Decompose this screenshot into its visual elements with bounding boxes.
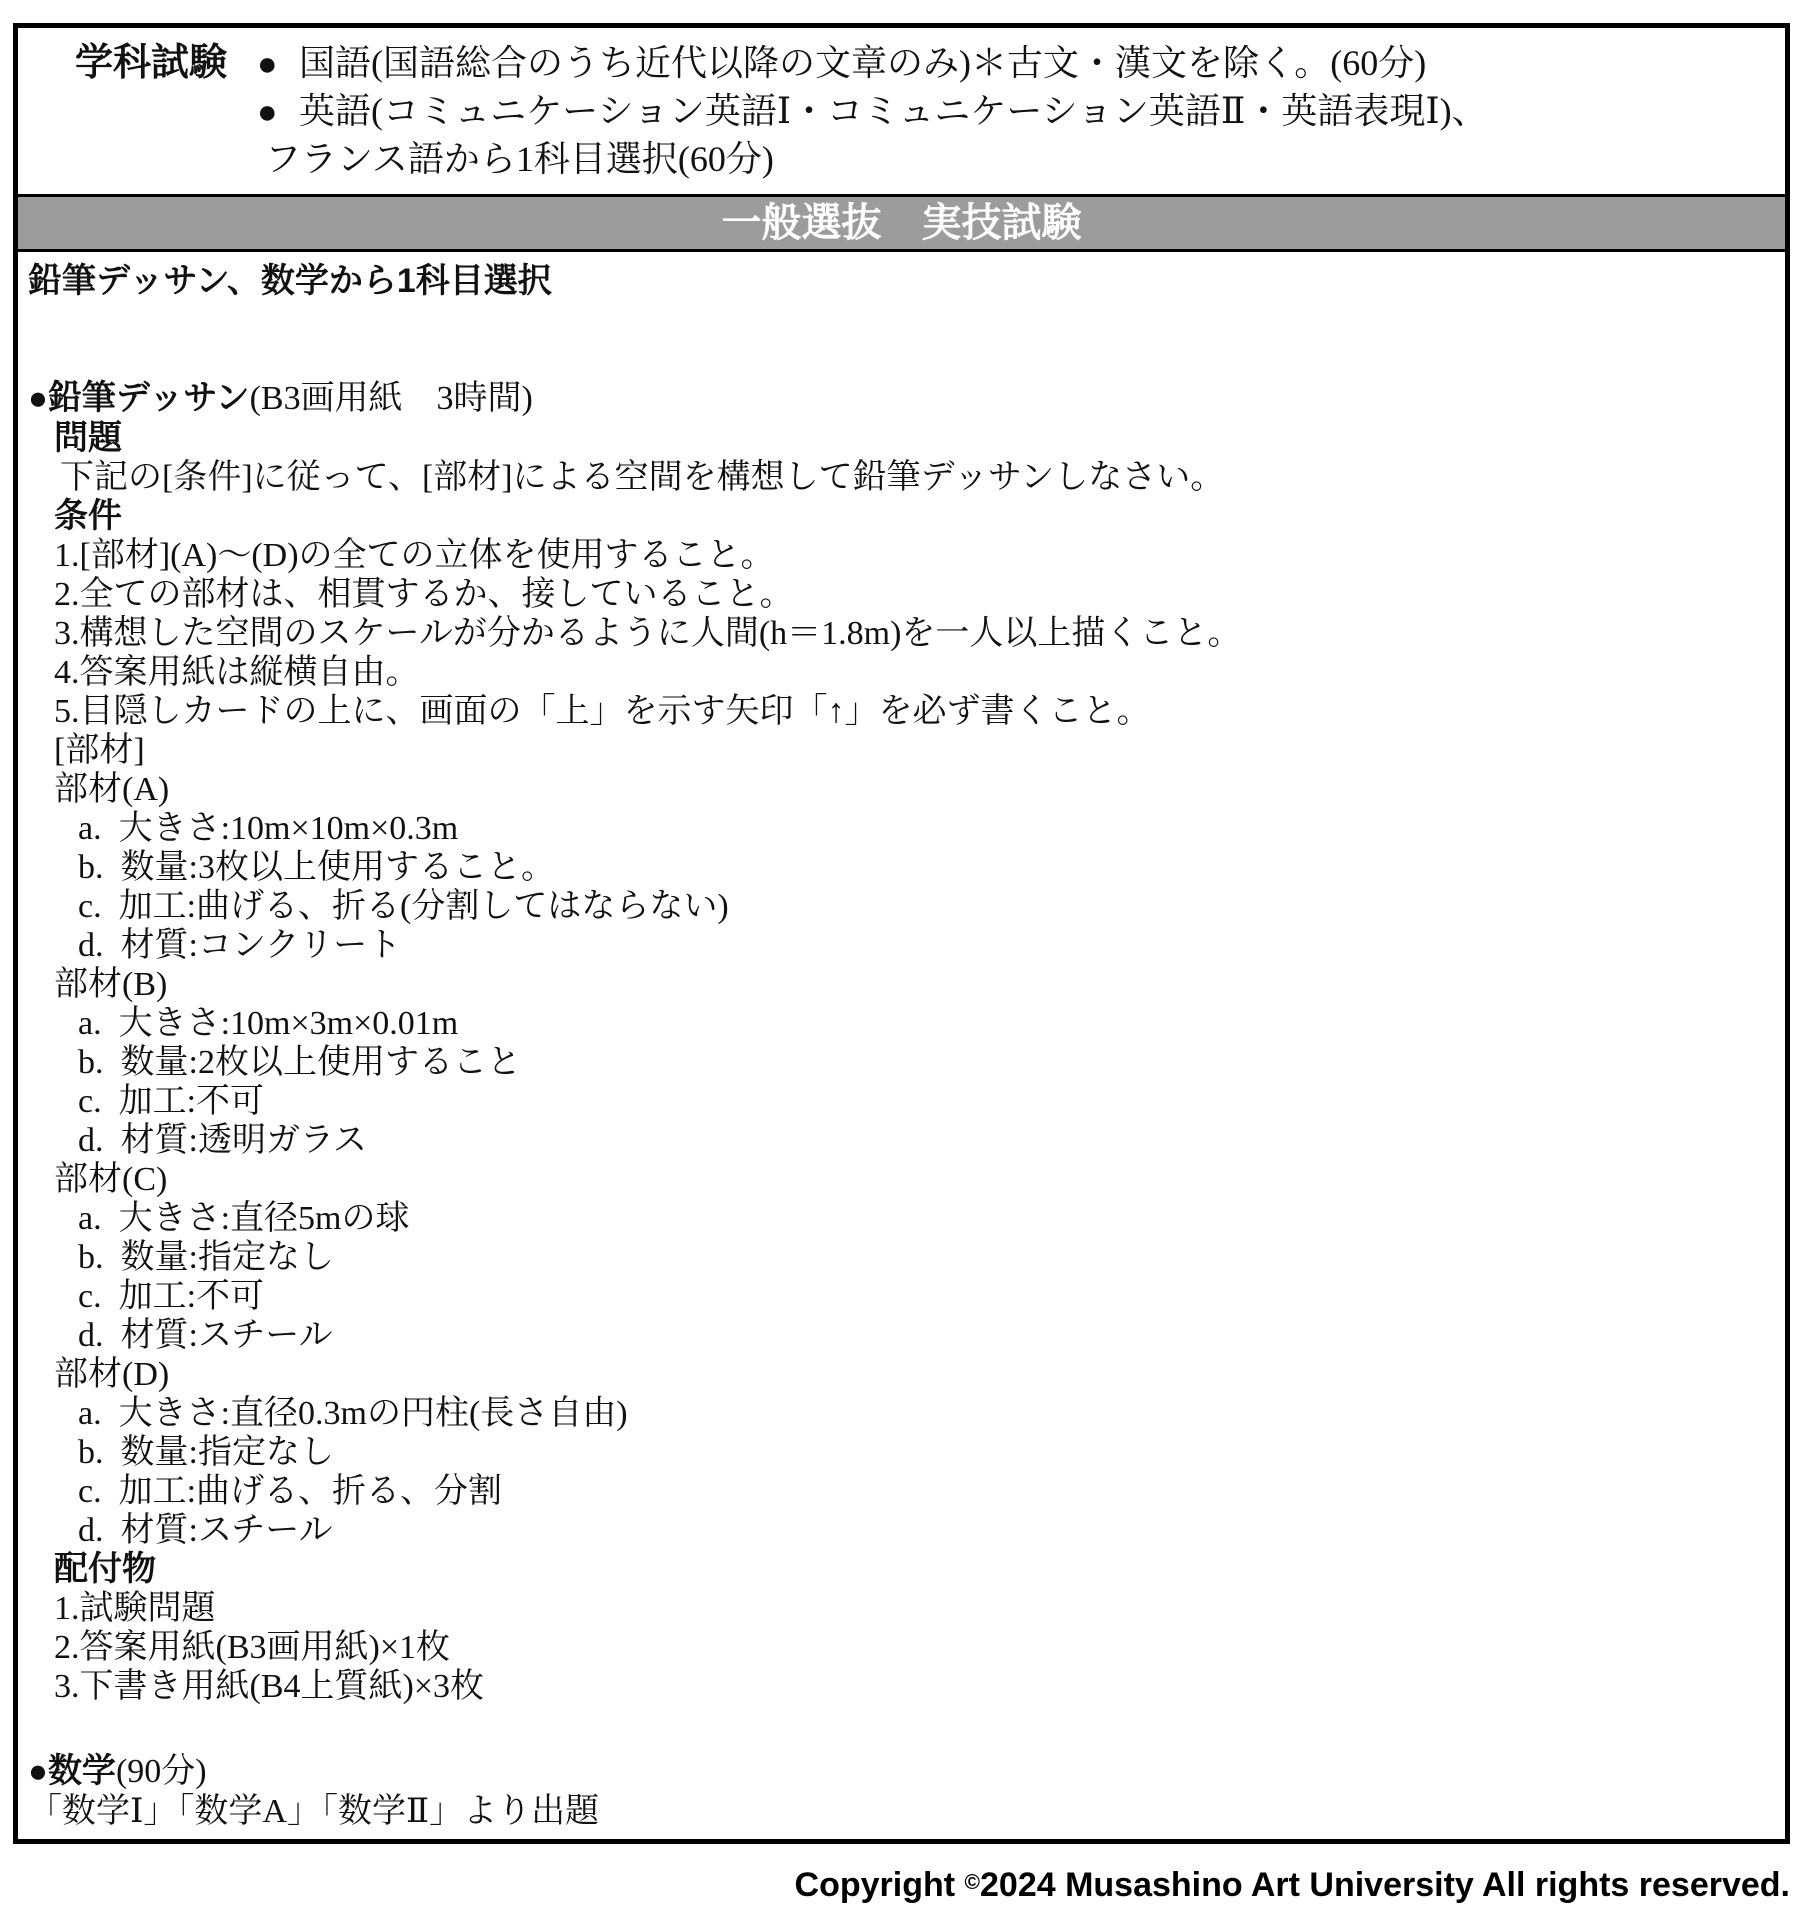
condition-item: 4.答案用紙は縦横自由。 xyxy=(54,653,1769,692)
problem-body: 下記の[条件]に従って、[部材]による空間を構想して鉛筆デッサンしなさい。 xyxy=(60,458,1769,497)
pencil-drawing-title: 鉛筆デッサン xyxy=(48,379,250,417)
material-spec: a. 大きさ:直径5mの球 xyxy=(78,1199,1769,1238)
spacer xyxy=(28,301,1769,379)
bullet-icon: ● xyxy=(28,1754,48,1790)
subject-exam-line: フランス語から1科目選択(60分) xyxy=(257,136,1488,182)
handout-item: 1.試験問題 xyxy=(54,1589,1769,1628)
pencil-drawing-subtitle: (B3画用紙 3時間) xyxy=(250,380,533,417)
material-spec: d. 材質:コンクリート xyxy=(78,926,1769,965)
subject-exam-row: 学科試験 ●国語(国語総合のうち近代以降の文章のみ)＊古文・漢文を除く。(60分… xyxy=(18,28,1785,197)
subject-exam-label: 学科試験 xyxy=(18,40,257,182)
conditions-heading: 条件 xyxy=(54,497,1769,536)
subject-exam-line: ●英語(コミュニケーション英語Ⅰ・コミュニケーション英語Ⅱ・英語表現Ⅰ)、 xyxy=(257,88,1488,136)
bullet-icon: ● xyxy=(257,90,299,136)
subject-exam-items: ●国語(国語総合のうち近代以降の文章のみ)＊古文・漢文を除く。(60分) ●英語… xyxy=(257,40,1488,182)
condition-item: 2.全ての部材は、相貫するか、接していること。 xyxy=(54,575,1769,614)
spacer xyxy=(28,1706,1769,1752)
material-spec: d. 材質:透明ガラス xyxy=(78,1121,1769,1160)
math-body: 「数学Ⅰ」「数学A」「数学Ⅱ」より出題 xyxy=(28,1792,1769,1831)
material-spec: c. 加工:曲げる、折る、分割 xyxy=(78,1472,1769,1511)
copyright-icon: © xyxy=(965,1871,980,1894)
material-spec: b. 数量:2枚以上使用すること xyxy=(78,1043,1769,1082)
subject-exam-line-text: 国語(国語総合のうち近代以降の文章のみ)＊古文・漢文を除く。(60分) xyxy=(299,43,1426,83)
material-spec: b. 数量:3枚以上使用すること。 xyxy=(78,848,1769,887)
subject-exam-line-text: 英語(コミュニケーション英語Ⅰ・コミュニケーション英語Ⅱ・英語表現Ⅰ)、 xyxy=(299,91,1488,131)
material-name: 部材(C) xyxy=(54,1160,1769,1199)
material-spec: a. 大きさ:10m×3m×0.01m xyxy=(78,1004,1769,1043)
exam-info-table: 学科試験 ●国語(国語総合のうち近代以降の文章のみ)＊古文・漢文を除く。(60分… xyxy=(13,23,1790,1844)
material-name: 部材(B) xyxy=(54,965,1769,1004)
material-spec: d. 材質:スチール xyxy=(78,1511,1769,1550)
condition-item: 5.目隠しカードの上に、画面の「上」を示す矢印「↑」を必ず書くこと。 xyxy=(54,692,1769,731)
material-spec: a. 大きさ:10m×10m×0.3m xyxy=(78,809,1769,848)
pencil-drawing-heading: ●鉛筆デッサン(B3画用紙 3時間) xyxy=(28,379,1769,419)
material-spec: a. 大きさ:直径0.3mの円柱(長さ自由) xyxy=(78,1394,1769,1433)
copyright-text: 2024 Musashino Art University All rights… xyxy=(980,1866,1790,1904)
material-spec: b. 数量:指定なし xyxy=(78,1433,1769,1472)
handout-item: 3.下書き用紙(B4上質紙)×3枚 xyxy=(54,1667,1769,1706)
math-subtitle: (90分) xyxy=(116,1753,207,1790)
bullet-icon: ● xyxy=(28,381,48,417)
math-heading: ●数学(90分) xyxy=(28,1752,1769,1792)
material-spec: c. 加工:不可 xyxy=(78,1082,1769,1121)
material-spec: b. 数量:指定なし xyxy=(78,1238,1769,1277)
subject-exam-line: ●国語(国語総合のうち近代以降の文章のみ)＊古文・漢文を除く。(60分) xyxy=(257,40,1488,88)
section-bar-title: 一般選抜 実技試験 xyxy=(722,201,1082,245)
subject-exam-line-text: フランス語から1科目選択(60分) xyxy=(265,139,774,179)
materials-heading: [部材] xyxy=(54,731,1769,770)
math-title: 数学 xyxy=(48,1752,116,1790)
material-spec: c. 加工:曲げる、折る(分割してはならない) xyxy=(78,887,1769,926)
practical-exam-content: 鉛筆デッサン、数学から1科目選択 ●鉛筆デッサン(B3画用紙 3時間) 問題 下… xyxy=(18,252,1785,1839)
copyright-prefix: Copyright xyxy=(795,1866,965,1904)
copyright-line: Copyright ©2024 Musashino Art University… xyxy=(13,1866,1790,1905)
condition-item: 1.[部材](A)～(D)の全ての立体を使用すること。 xyxy=(54,536,1769,575)
section-bar: 一般選抜 実技試験 xyxy=(18,197,1785,252)
handout-item: 2.答案用紙(B3画用紙)×1枚 xyxy=(54,1628,1769,1667)
problem-heading: 問題 xyxy=(54,419,1769,458)
material-name: 部材(A) xyxy=(54,770,1769,809)
material-spec: c. 加工:不可 xyxy=(78,1277,1769,1316)
material-spec: d. 材質:スチール xyxy=(78,1316,1769,1355)
bullet-icon: ● xyxy=(257,42,299,88)
practical-intro: 鉛筆デッサン、数学から1科目選択 xyxy=(28,262,1769,301)
condition-item: 3.構想した空間のスケールが分かるように人間(h＝1.8m)を一人以上描くこと。 xyxy=(54,614,1769,653)
handouts-heading: 配付物 xyxy=(54,1550,1769,1589)
material-name: 部材(D) xyxy=(54,1355,1769,1394)
